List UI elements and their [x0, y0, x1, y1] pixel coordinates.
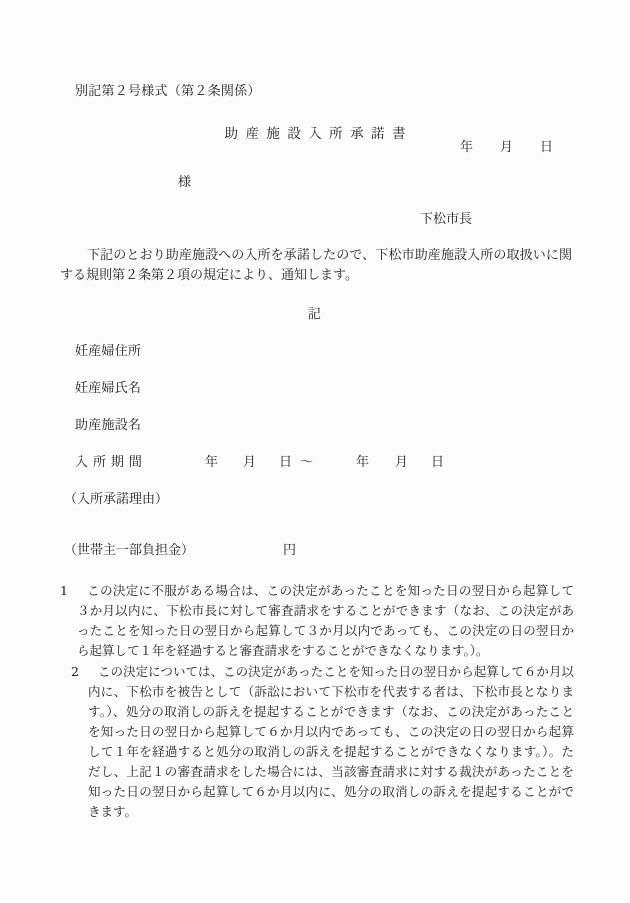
date-month-label: 月 — [500, 140, 513, 155]
addressee-suffix: 様 — [178, 171, 191, 190]
date-year-label: 年 — [460, 140, 473, 155]
copay-unit-yen: 円 — [283, 539, 296, 558]
field-label-mother-address: 妊産婦住所 — [75, 340, 141, 359]
admission-reason-label: （入所承諾理由） — [64, 488, 168, 507]
period-label: 入所期間 — [75, 451, 147, 470]
field-label-mother-name: 妊産婦氏名 — [75, 377, 141, 396]
form-number: 別記第２号様式（第２条関係） — [75, 80, 261, 99]
period-to-day-label: 日 — [431, 451, 444, 470]
document-page: 別記第２号様式（第２条関係） 助産施設入所承諾書 年月日 様 下松市長 下記のと… — [0, 0, 630, 903]
note-item-appeal: 1この決定に不服がある場合は、この決定があったことを知った日の翌日から起算して３… — [60, 581, 574, 661]
period-from-month-label: 月 — [243, 451, 256, 470]
date-day-label: 日 — [540, 140, 553, 155]
body-paragraph: 下記のとおり助産施設への入所を承諾したので、下松市助産施設入所の取扱いに関する規… — [60, 246, 572, 286]
copay-label: （世帯主一部負担金） — [64, 539, 194, 558]
note-item-lawsuit: 2この決定については、この決定があったことを知った日の翌日から起算して６か月以内… — [71, 662, 574, 822]
period-to-month-label: 月 — [395, 451, 408, 470]
legal-notes: 1この決定に不服がある場合は、この決定があったことを知った日の翌日から起算して３… — [60, 581, 574, 822]
issue-date-line: 年月日 — [460, 136, 553, 155]
note-number: 2 — [71, 664, 79, 679]
period-from-day-label: 日 — [279, 451, 292, 470]
record-heading: 記 — [0, 303, 630, 322]
period-from-year-label: 年 — [205, 451, 218, 470]
note-text: この決定に不服がある場合は、この決定があったことを知った日の翌日から起算して３か… — [77, 583, 574, 658]
admission-period-row: 入所期間 年 月 日 ～ 年 月 日 — [0, 451, 630, 471]
field-label-facility-name: 助産施設名 — [75, 414, 141, 433]
period-tilde: ～ — [300, 451, 313, 470]
note-text: この決定については、この決定があったことを知った日の翌日から起算して６か月以内に… — [88, 664, 574, 819]
period-to-year-label: 年 — [356, 451, 369, 470]
sender-mayor: 下松市長 — [420, 208, 472, 227]
note-number: 1 — [60, 583, 68, 598]
